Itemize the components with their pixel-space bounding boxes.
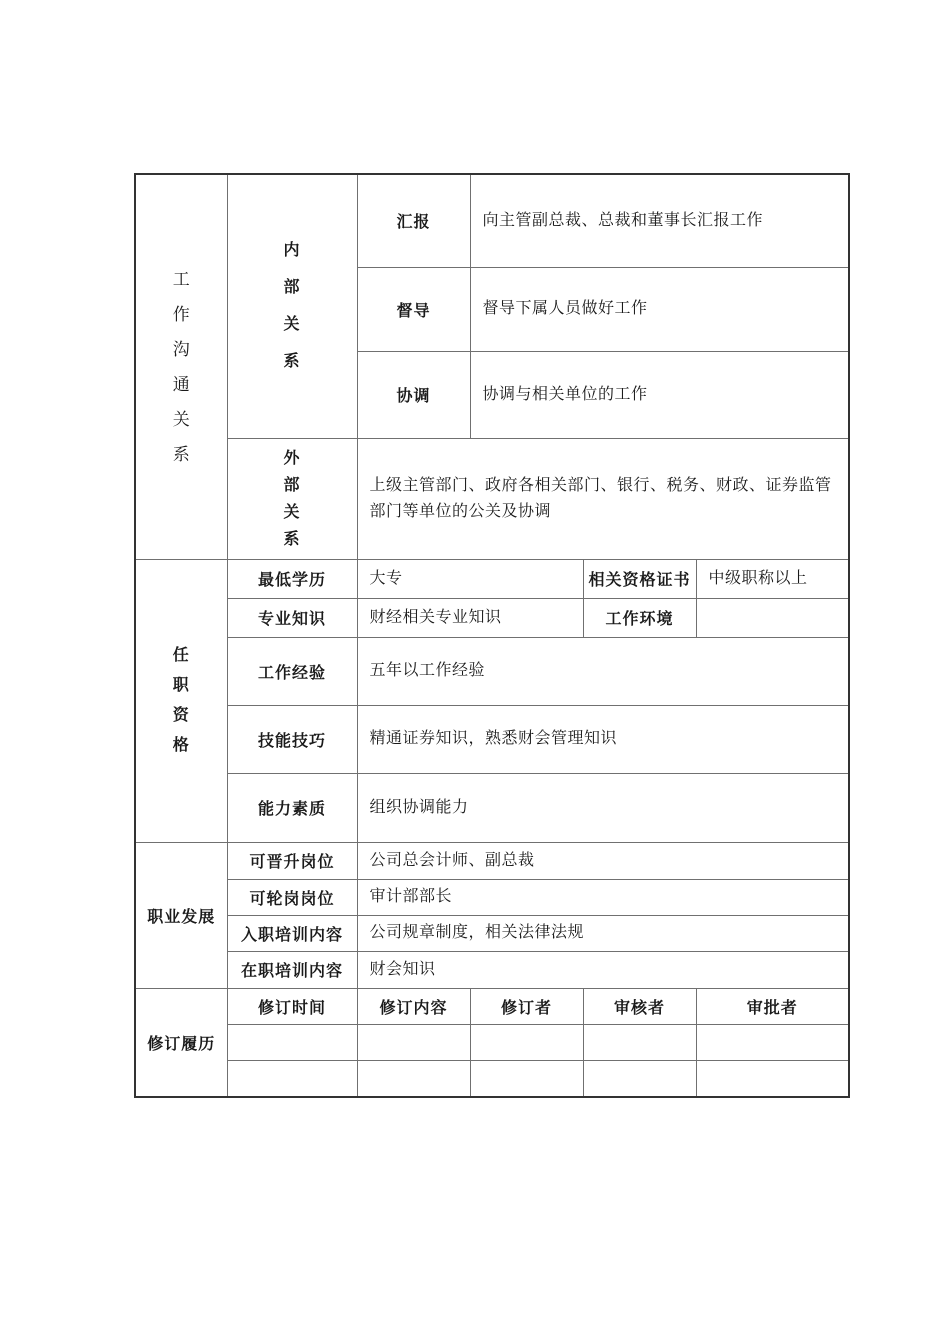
revision-approver-header: 审批者 [696, 988, 849, 1024]
education-value: 大专 [357, 559, 583, 598]
revision-row2-author [470, 1060, 583, 1097]
external-relations-value: 上级主管部门、政府各相关部门、银行、税务、财政、证券监管部门等单位的公关及协调 [357, 438, 849, 559]
ability-label: 能力素质 [227, 773, 357, 842]
revision-row1-approver [696, 1024, 849, 1060]
certificate-value: 中级职称以上 [696, 559, 849, 598]
supervise-label: 督导 [357, 267, 470, 351]
communication-title-text: 工作沟通关系 [172, 262, 191, 472]
qualification-title-text: 任职资格 [172, 641, 190, 761]
revision-row1-author [470, 1024, 583, 1060]
section-title-communication: 工作沟通关系 [135, 174, 227, 559]
promotion-value: 公司总会计师、副总裁 [357, 842, 849, 879]
internal-relations-header: 内部关系 [227, 174, 357, 438]
supervise-value: 督导下属人员做好工作 [470, 267, 849, 351]
report-label: 汇报 [357, 174, 470, 267]
revision-row2-reviewer [583, 1060, 696, 1097]
skill-value: 精通证券知识，熟悉财会管理知识 [357, 705, 849, 773]
ability-value: 组织协调能力 [357, 773, 849, 842]
section-title-career: 职业发展 [135, 842, 227, 988]
experience-label: 工作经验 [227, 637, 357, 705]
environment-value [696, 598, 849, 637]
revision-row2-approver [696, 1060, 849, 1097]
rotation-value: 审计部部长 [357, 879, 849, 915]
environment-label: 工作环境 [583, 598, 696, 637]
revision-row1-reviewer [583, 1024, 696, 1060]
document-page: 工作沟通关系 内部关系 汇报 向主管副总裁、总裁和董事长汇报工作 督导 督导下属… [0, 0, 950, 1344]
inservice-training-label: 在职培训内容 [227, 951, 357, 988]
section-title-revision: 修订履历 [135, 988, 227, 1097]
coordinate-label: 协调 [357, 351, 470, 438]
onboarding-training-value: 公司规章制度，相关法律法规 [357, 915, 849, 951]
rotation-label: 可轮岗岗位 [227, 879, 357, 915]
revision-content-header: 修订内容 [357, 988, 470, 1024]
revision-row1-content [357, 1024, 470, 1060]
revision-author-header: 修订者 [470, 988, 583, 1024]
certificate-label: 相关资格证书 [583, 559, 696, 598]
revision-row2-content [357, 1060, 470, 1097]
external-relations-title-text: 外部关系 [283, 445, 301, 553]
promotion-label: 可晋升岗位 [227, 842, 357, 879]
inservice-training-value: 财会知识 [357, 951, 849, 988]
revision-reviewer-header: 审核者 [583, 988, 696, 1024]
education-label: 最低学历 [227, 559, 357, 598]
internal-relations-title-text: 内部关系 [283, 232, 301, 380]
revision-time-header: 修订时间 [227, 988, 357, 1024]
revision-row1-time [227, 1024, 357, 1060]
section-title-qualification: 任职资格 [135, 559, 227, 842]
revision-row2-time [227, 1060, 357, 1097]
report-value: 向主管副总裁、总裁和董事长汇报工作 [470, 174, 849, 267]
coordinate-value: 协调与相关单位的工作 [470, 351, 849, 438]
skill-label: 技能技巧 [227, 705, 357, 773]
onboarding-training-label: 入职培训内容 [227, 915, 357, 951]
job-description-table: 工作沟通关系 内部关系 汇报 向主管副总裁、总裁和董事长汇报工作 督导 督导下属… [134, 173, 850, 1098]
knowledge-value: 财经相关专业知识 [357, 598, 583, 637]
experience-value: 五年以工作经验 [357, 637, 849, 705]
knowledge-label: 专业知识 [227, 598, 357, 637]
external-relations-header: 外部关系 [227, 438, 357, 559]
